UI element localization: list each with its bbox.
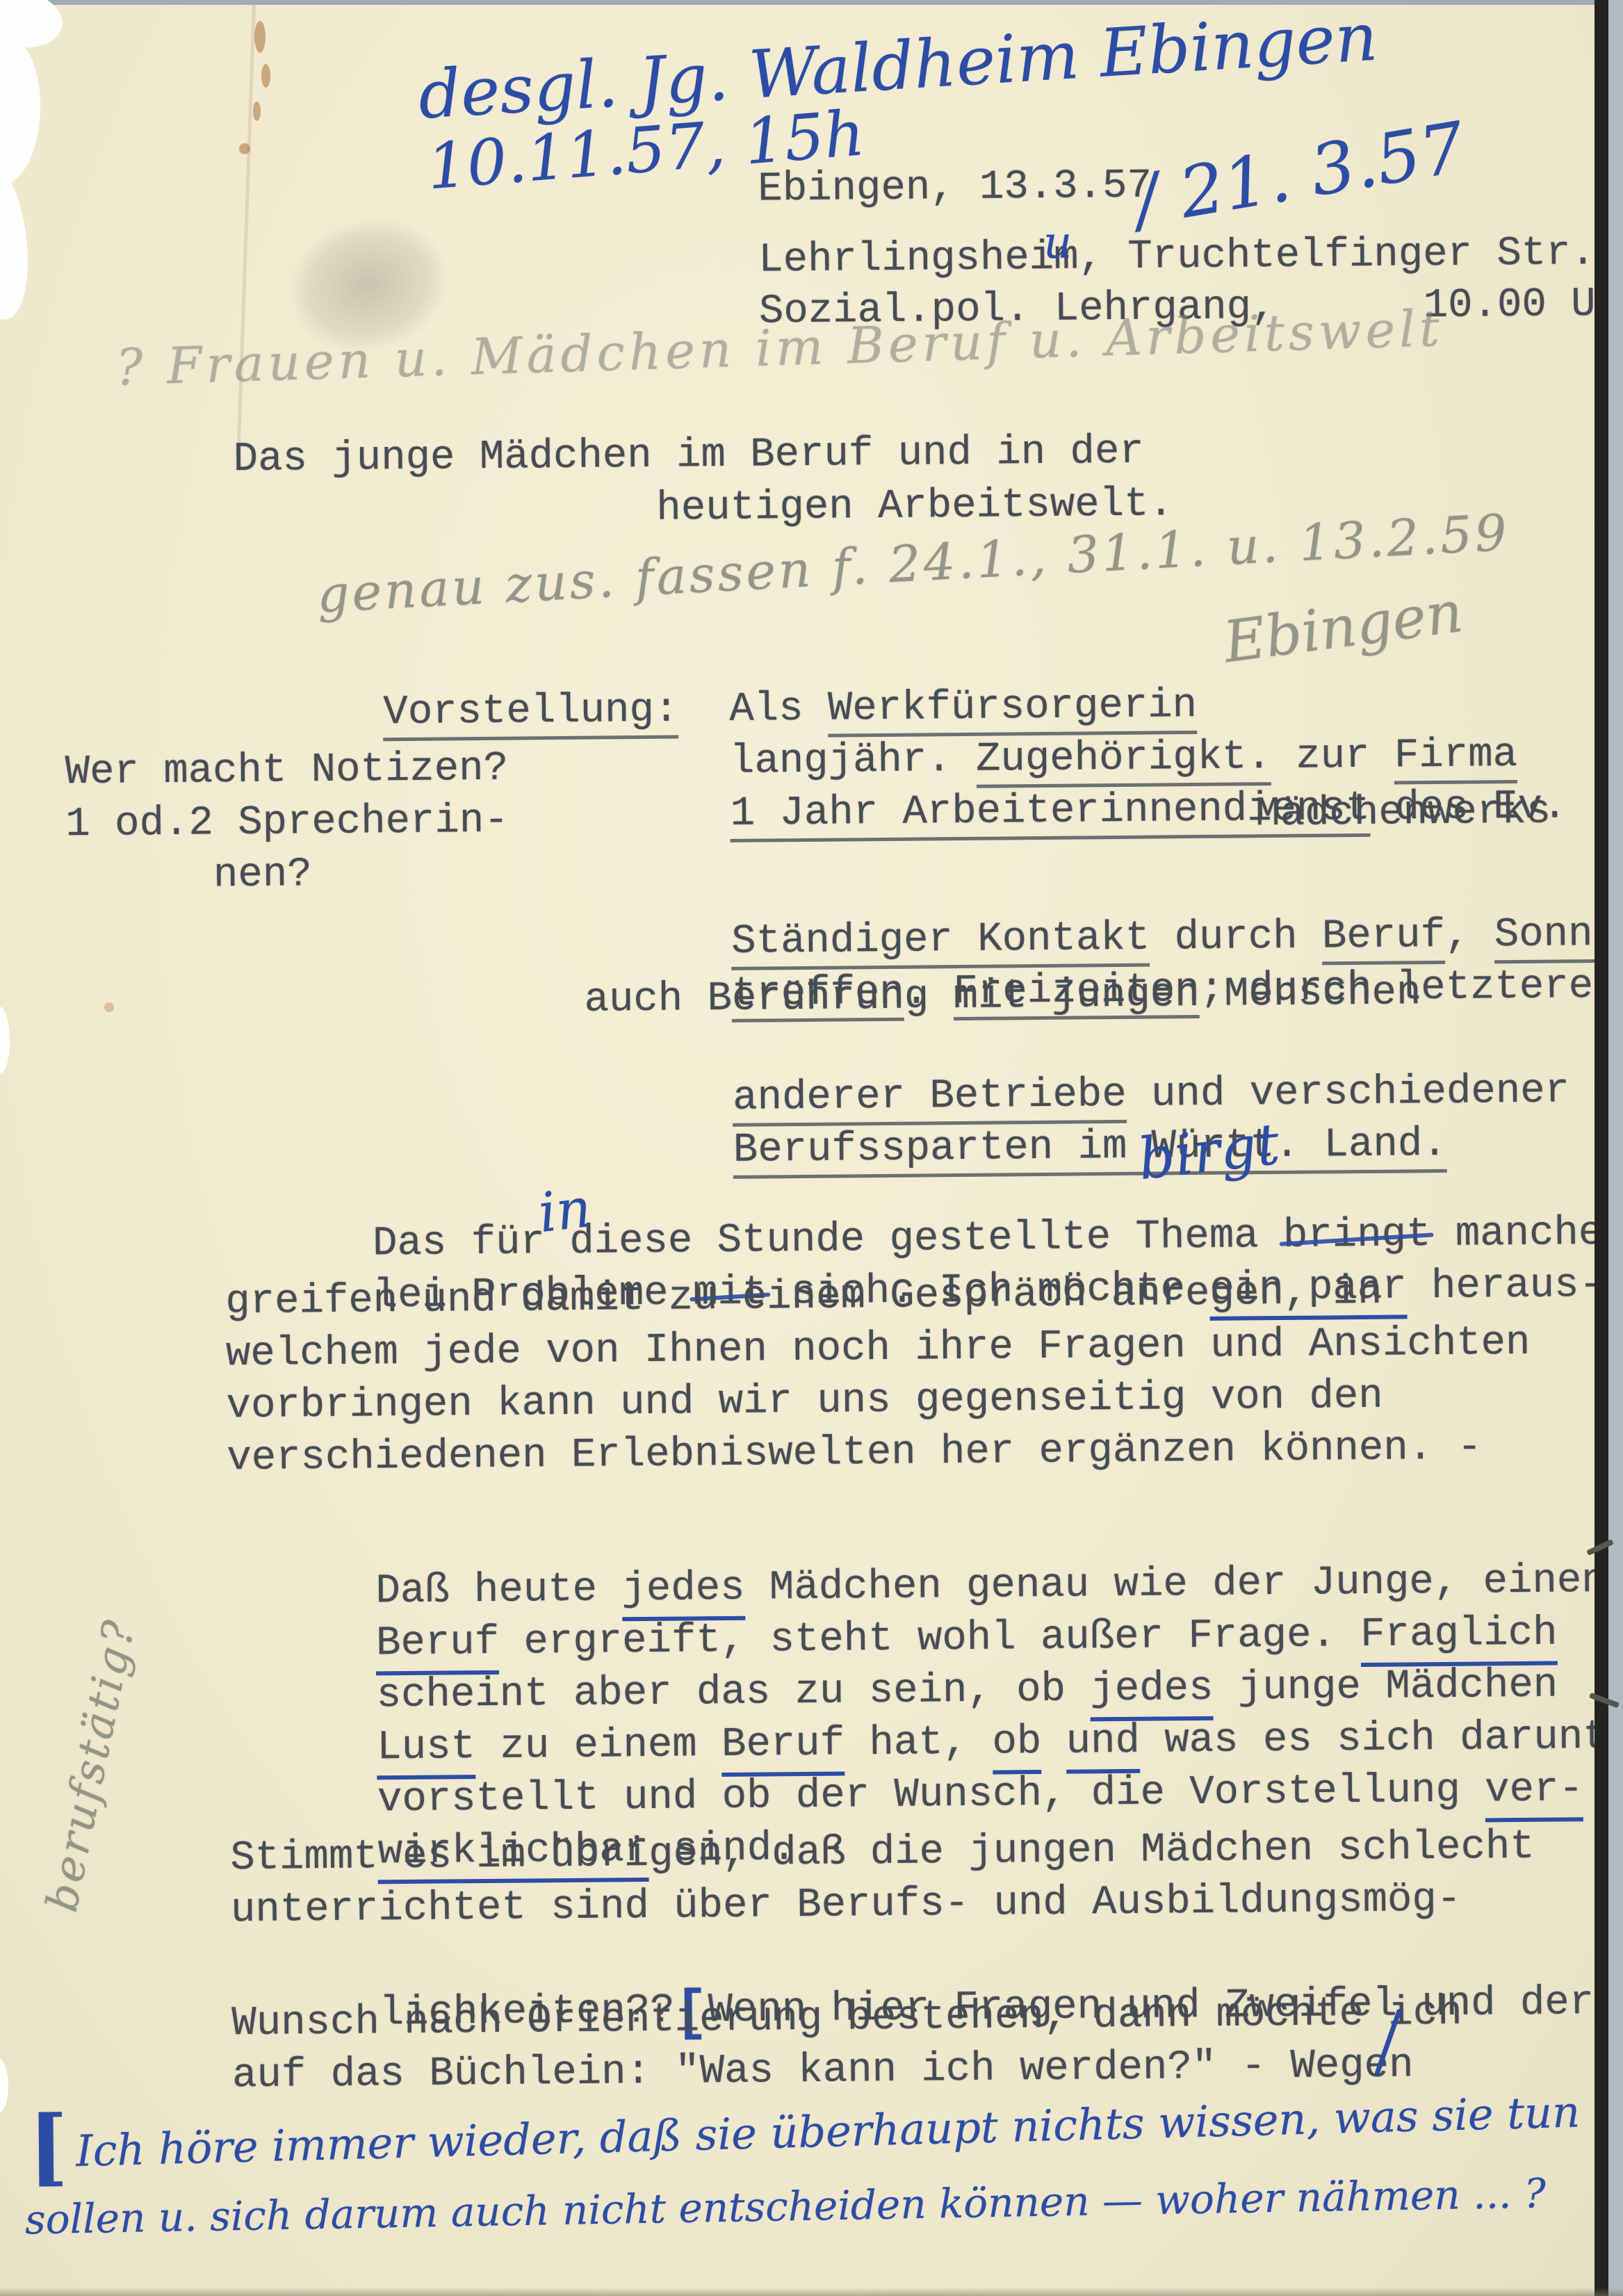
typed-address: Lehrlingsheim, Truchtelfinger Str. (758, 229, 1595, 284)
margin-note-typed: 1 od.2 Sprecherin- (65, 797, 509, 848)
pencil-margin-note: berufstätig? (36, 1614, 145, 1916)
text-segment: heraus- (1406, 1262, 1604, 1310)
pencil-note: Ebingen (1220, 579, 1467, 676)
margin-note-typed: nen? (213, 851, 312, 899)
handwritten-note: desgl. Jg. Waldheim Ebingen (416, 0, 1380, 134)
typed-line: unterrichtet sind über Berufs- und Ausbi… (231, 1876, 1462, 1934)
typed-place-date: Ebingen, 13.3.57 (758, 163, 1152, 213)
ink-insertion: in (535, 1178, 594, 1246)
typed-line: verschiedenen Erlebniswelten her ergänze… (227, 1424, 1482, 1482)
typed-line: auf das Büchlein: "Was kann ich werden?"… (232, 2042, 1414, 2099)
handwritten-date-addition: / 21. 3.57 (1129, 106, 1471, 241)
margin-note-typed: Wer macht Notizen? (65, 745, 508, 796)
scanner-edge-right (1608, 0, 1623, 2296)
scanned-document-page: desgl. Jg. Waldheim Ebingen 10.11.57, 15… (0, 0, 1623, 2296)
ink-insertion: birgt (1135, 1112, 1283, 1194)
typed-line: auch Berührung mit jungen Menschen (584, 969, 1421, 1023)
ink-letter-correction: u (1043, 218, 1073, 269)
document-title-line1: Das junge Mädchen im Beruf und in der (233, 428, 1144, 483)
ink-bracket: [ (28, 2097, 68, 2195)
typed-line: vorbringen kann und wir uns gegenseitig … (226, 1373, 1383, 1430)
scanner-edge-top (0, 0, 1623, 5)
paper-tear (0, 2058, 8, 2113)
ink-underlined: ver- (1485, 1766, 1583, 1822)
handwritten-note: Ich höre immer wieder, daß sie überhaupt… (75, 2086, 1581, 2176)
typed-line: Mädchenwerks (1255, 788, 1551, 838)
typed-line: greifen und damit zu einem Gespräch anre… (225, 1269, 1383, 1326)
page-content: desgl. Jg. Waldheim Ebingen 10.11.57, 15… (0, 0, 1623, 2296)
scanner-edge-bottom (0, 2288, 1623, 2296)
paper-edge-line (1595, 0, 1608, 2296)
handwritten-note: sollen u. sich darum auch nicht entschei… (24, 2169, 1546, 2243)
